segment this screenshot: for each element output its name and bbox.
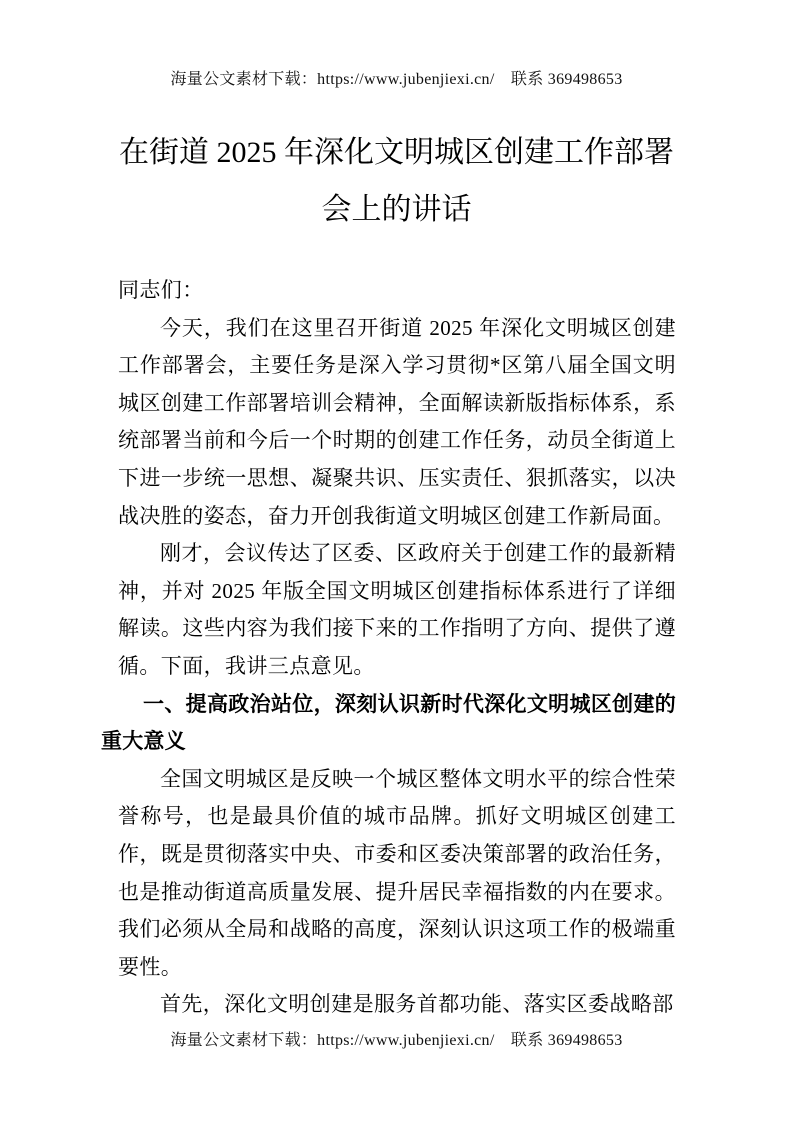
paragraph-opening: 今天，我们在这里召开街道 2025 年深化文明城区创建工作部署会，主要任务是深入…	[118, 310, 676, 536]
document-title: 在街道 2025 年深化文明城区创建工作部署 会上的讲话	[100, 124, 693, 238]
section-heading-1: 一、提高政治站位，深刻认识新时代深化文明城区创建的重大意义	[101, 686, 676, 761]
document-page: 海量公文素材下载：https://www.jubenjiexi.cn/ 联系 3…	[0, 0, 793, 1122]
paragraph-meeting-recap: 刚才，会议传达了区委、区政府关于创建工作的最新精神，并对 2025 年版全国文明…	[118, 535, 676, 685]
document-title-line-2: 会上的讲话	[100, 181, 693, 238]
paragraph-significance: 全国文明城区是反映一个城区整体文明水平的综合性荣誉称号，也是最具价值的城市品牌。…	[118, 761, 676, 987]
footer-note: 海量公文素材下载：https://www.jubenjiexi.cn/ 联系 3…	[0, 1031, 793, 1051]
header-note: 海量公文素材下载：https://www.jubenjiexi.cn/ 联系 3…	[0, 70, 793, 90]
paragraph-firstly-truncated: 首先，深化文明创建是服务首都功能、落实区委战略部	[118, 986, 676, 1024]
document-body: 同志们： 今天，我们在这里召开街道 2025 年深化文明城区创建工作部署会，主要…	[118, 272, 676, 1024]
salutation: 同志们：	[118, 272, 676, 310]
document-title-line-1: 在街道 2025 年深化文明城区创建工作部署	[100, 124, 693, 181]
